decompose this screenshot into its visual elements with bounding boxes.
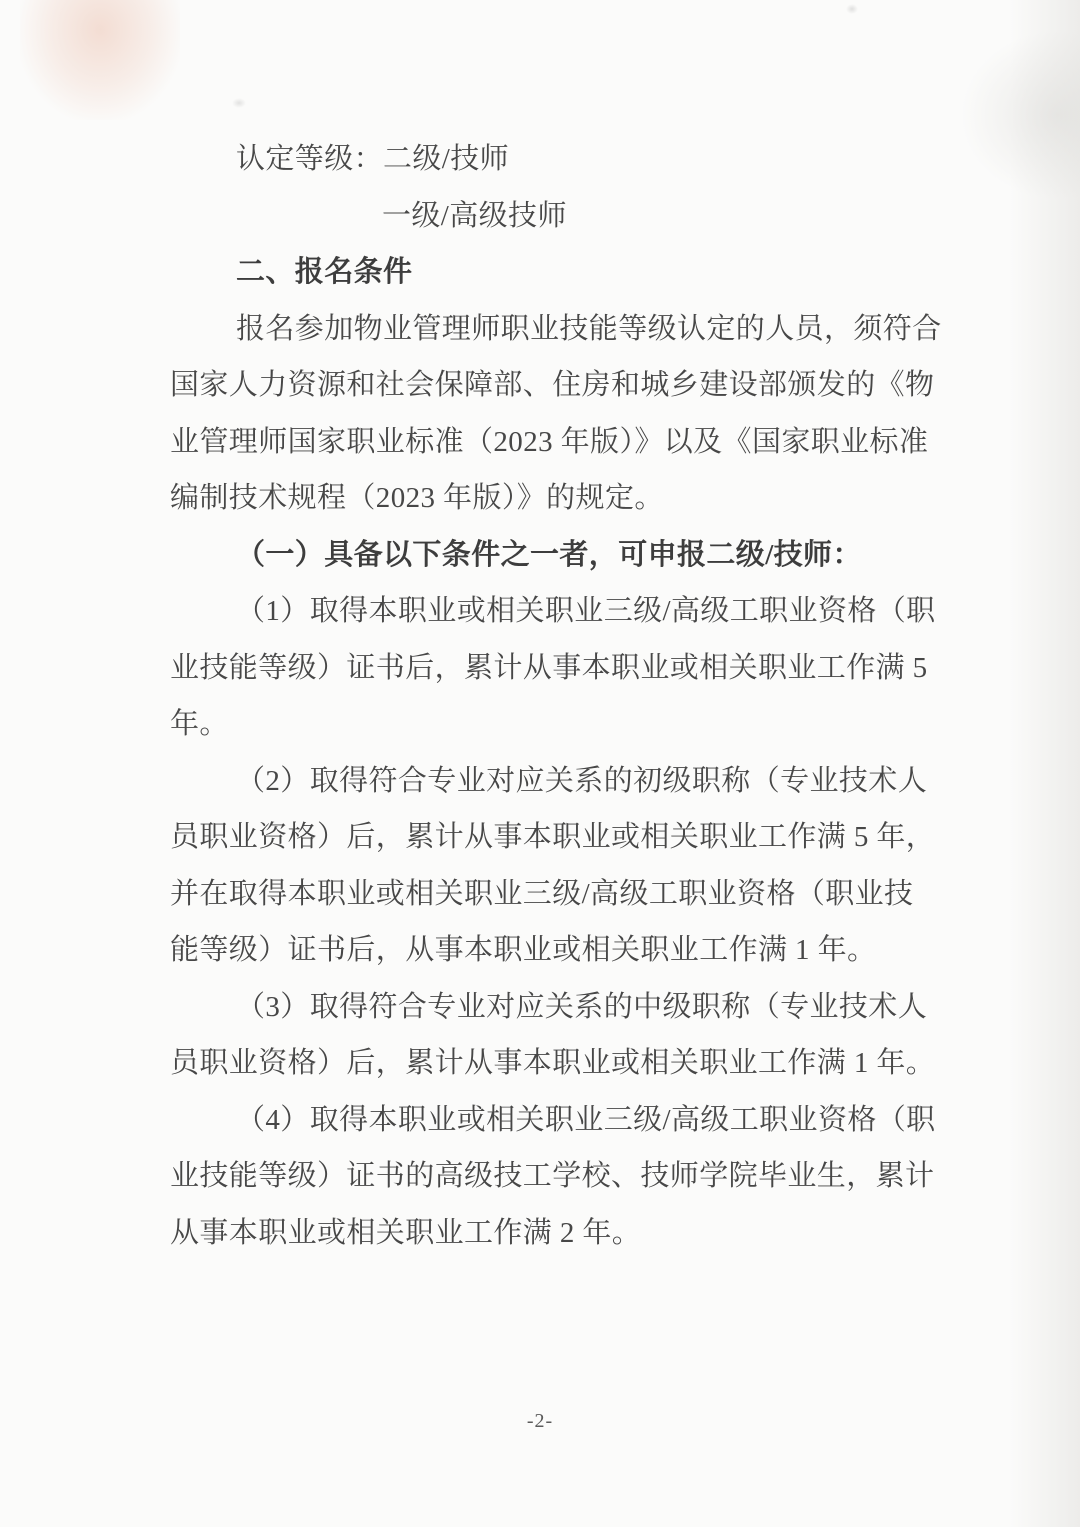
text-line-1: 认定等级：二级/技师 [170, 131, 940, 188]
text-line-5: 国家人力资源和社会保障部、住房和城乡建设部颁发的《物 [170, 357, 940, 414]
text-line-2: 一级/高级技师 [170, 188, 940, 245]
text-line-19: 业技能等级）证书的高级技工学校、技师学院毕业生，累计 [170, 1148, 940, 1205]
document-page: 认定等级：二级/技师一级/高级技师二、报名条件报名参加物业管理师职业技能等级认定… [0, 0, 1080, 1527]
text-line-9: （1）取得本职业或相关职业三级/高级工职业资格（职 [170, 583, 940, 640]
text-line-13: 员职业资格）后，累计从事本职业或相关职业工作满 5 年， [170, 809, 940, 866]
text-line-12: （2）取得符合专业对应关系的初级职称（专业技术人 [170, 753, 940, 810]
document-body: 认定等级：二级/技师一级/高级技师二、报名条件报名参加物业管理师职业技能等级认定… [170, 131, 940, 1261]
text-line-17: 员职业资格）后，累计从事本职业或相关职业工作满 1 年。 [170, 1035, 940, 1092]
scan-smudge [232, 98, 246, 108]
text-line-3: 二、报名条件 [170, 244, 940, 301]
scan-smudge [846, 4, 858, 14]
text-line-15: 能等级）证书后，从事本职业或相关职业工作满 1 年。 [170, 922, 940, 979]
text-line-11: 年。 [170, 696, 940, 753]
scan-stain-top-left [20, 0, 180, 120]
page-number: -2- [0, 1410, 1080, 1433]
text-line-20: 从事本职业或相关职业工作满 2 年。 [170, 1205, 940, 1262]
scan-shade-top-right [960, 30, 1080, 200]
text-line-14: 并在取得本职业或相关职业三级/高级工职业资格（职业技 [170, 866, 940, 923]
text-line-16: （3）取得符合专业对应关系的中级职称（专业技术人 [170, 979, 940, 1036]
scan-shade-right-edge [1010, 0, 1080, 1527]
text-line-8: （一）具备以下条件之一者，可申报二级/技师： [170, 527, 940, 584]
text-line-18: （4）取得本职业或相关职业三级/高级工职业资格（职 [170, 1092, 940, 1149]
text-line-7: 编制技术规程（2023 年版）》的规定。 [170, 470, 940, 527]
text-line-6: 业管理师国家职业标准（2023 年版）》以及《国家职业标准 [170, 414, 940, 471]
text-line-4: 报名参加物业管理师职业技能等级认定的人员，须符合 [170, 301, 940, 358]
text-line-10: 业技能等级）证书后，累计从事本职业或相关职业工作满 5 [170, 640, 940, 697]
